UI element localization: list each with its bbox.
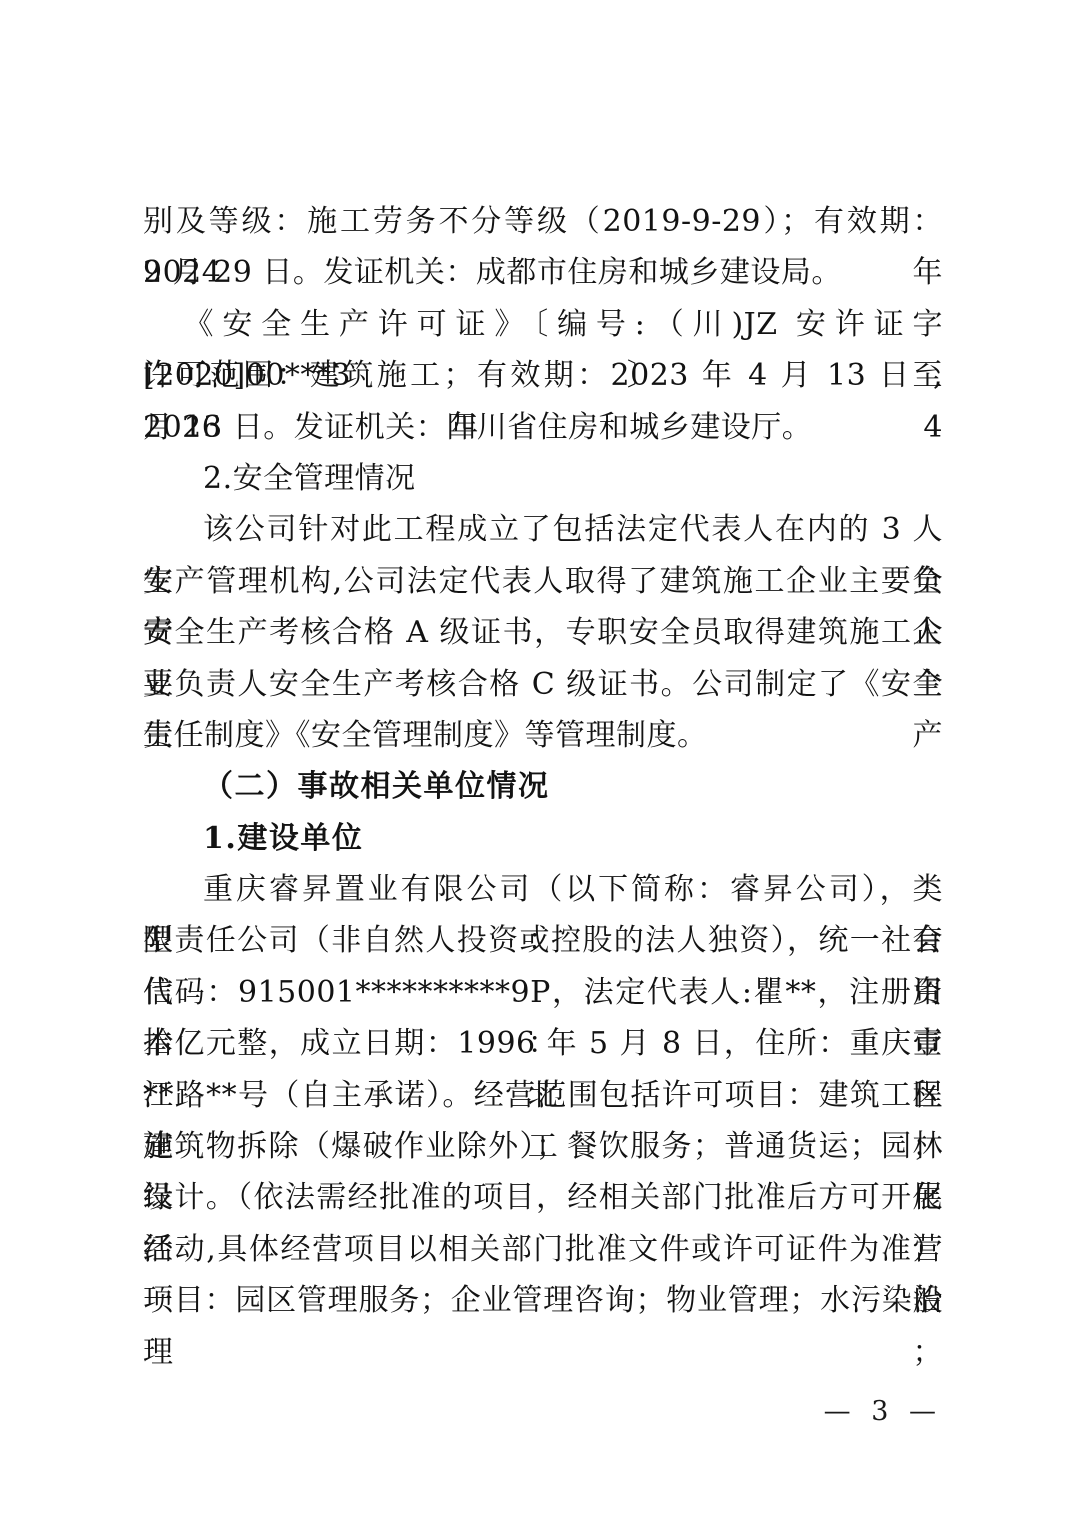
document-text-line: 安全生产考核合格 A 级证书，专职安全员取得建筑施工企业主: [143, 607, 943, 658]
document-text-line: 许可范围：建筑施工；有效期：2023 年 4 月 13 日至 2026 年 4: [143, 350, 943, 401]
document-text-line: 活动,具体经营项目以相关部门批准文件或许可证件为准）一般: [143, 1224, 943, 1275]
document-text-line: 该公司针对此工程成立了包括法定代表人在内的 3 人安全: [143, 504, 943, 555]
document-text-line: （二）事故相关单位情况: [143, 761, 943, 812]
document-text-line: 《安全生产许可证》〔编号:（川)JZ 安许证字[2020]00***3〕,: [143, 299, 943, 350]
document-text-line: 建筑物拆除（爆破作业除外）；餐饮服务；普通货运；园林绿化: [143, 1121, 943, 1172]
document-text-line: **路**号（自主承诺）。经营范围包括许可项目：建筑工程施工；: [143, 1070, 943, 1121]
document-text-line: 2.安全管理情况: [143, 453, 943, 504]
document-text-line: 别及等级：施工劳务不分等级（2019-9-29）；有效期：2024 年: [143, 196, 943, 247]
document-text-line: 拾亿元整，成立日期：1996 年 5 月 8 日，住所：重庆市江北区: [143, 1018, 943, 1069]
document-text-line: 9 月 29 日。发证机关：成都市住房和城乡建设局。: [143, 247, 943, 298]
page-number: — 3 —: [824, 1396, 942, 1427]
document-text-block: 别及等级：施工劳务不分等级（2019-9-29）；有效期：2024 年9 月 2…: [143, 196, 943, 1327]
document-text-line: 生产管理机构,公司法定代表人取得了建筑施工企业主要负责人: [143, 556, 943, 607]
document-text-line: 要负责人安全生产考核合格 C 级证书。公司制定了《安全生产: [143, 659, 943, 710]
document-text-line: 限责任公司（非自然人投资或控股的法人独资），统一社会信用: [143, 915, 943, 966]
page-footer: — 3 —: [0, 1396, 1074, 1436]
document-text-line: 设计。（依法需经批准的项目，经相关部门批准后方可开展经营: [143, 1172, 943, 1223]
document-text-line: 重庆睿昇置业有限公司（以下简称：睿昇公司），类型：有: [143, 864, 943, 915]
document-text-line: 项目：园区管理服务；企业管理咨询；物业管理；水污染治理；: [143, 1275, 943, 1326]
document-page: 别及等级：施工劳务不分等级（2019-9-29）；有效期：2024 年9 月 2…: [0, 0, 1074, 1520]
document-text-line: 代码：915001**********9P，法定代表人:瞿**，注册资本：壹: [143, 967, 943, 1018]
document-text-line: 1.建设单位: [143, 813, 943, 864]
